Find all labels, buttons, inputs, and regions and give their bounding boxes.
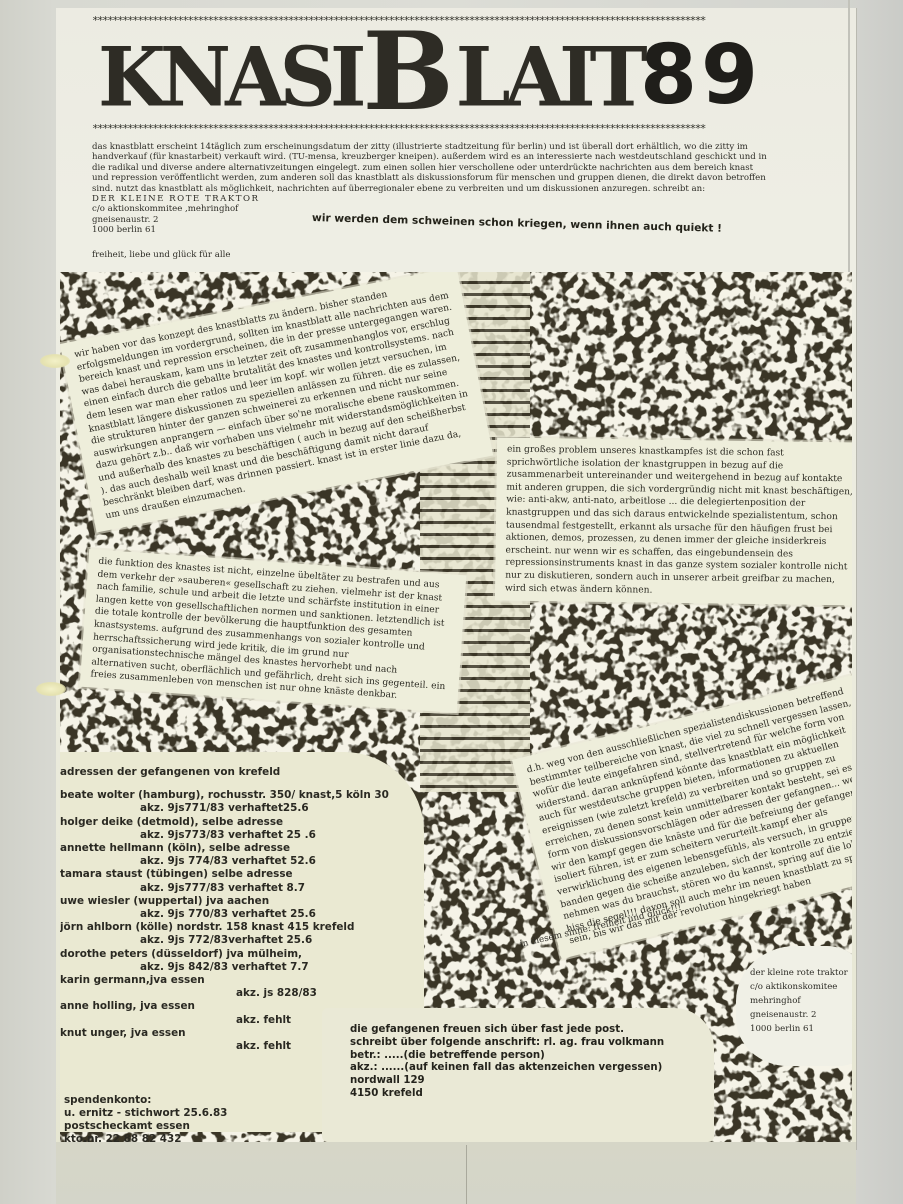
prisoner-name: dorothe peters (düsseldorf) jva mülheim, [60, 948, 440, 961]
donation-line: u. ernitz - stichwort 25.6.83 [64, 1107, 227, 1120]
logo-part-2: LAIT [456, 32, 642, 124]
article-text: ein großes problem unseres knastkampfes … [505, 444, 852, 600]
logo-barred-b: B [362, 22, 453, 122]
punch-hole [36, 682, 66, 696]
prisoner-name: karin germann,jva essen [60, 974, 440, 987]
contact-line: gneisenaustr. 2 [750, 1008, 848, 1022]
post-info: die gefangenen freuen sich über fast jed… [350, 1024, 730, 1101]
article-isolation: ein großes problem unseres knastkampfes … [495, 437, 852, 605]
post-line: 4150 krefeld [350, 1088, 730, 1101]
prisoner-akz: akz. 9js 772/83verhaftet 25.6 [60, 934, 440, 947]
prisoner-akz: akz. 9js 770/83 verhaftet 25.6 [60, 908, 440, 921]
prisoner-akz: akz. 9js771/83 verhaftet25.6 [60, 802, 440, 815]
star-rule-bottom: ****************************************… [92, 124, 772, 134]
contact-line: 1000 berlin 61 [750, 1022, 848, 1036]
masthead-logo: KNASI B LAIT [98, 22, 642, 122]
prisoner-name: tamara staust (tübingen) selbe adresse [60, 868, 440, 881]
collage: wir haben vor das konzept des knastblatt… [60, 272, 852, 1142]
post-line: betr.: .....(die betreffende person) [350, 1050, 730, 1063]
prisoner-name: beate wolter (hamburg), rochusstr. 350/ … [60, 789, 440, 802]
prisoner-akz: akz. js 828/83 [60, 987, 440, 1000]
donation-account: spendenkonto: u. ernitz - stichwort 25.6… [64, 1094, 227, 1142]
post-line: nordwall 129 [350, 1075, 730, 1088]
donation-line: spendenkonto: [64, 1094, 227, 1107]
post-line: die gefangenen freuen sich über fast jed… [350, 1024, 730, 1037]
contact-address: der kleine rote traktor c/o aktikonskomi… [750, 966, 848, 1036]
intro-address-line: DER KLEINE ROTE TRAKTOR [92, 194, 772, 204]
contact-line: c/o aktikonskomitee [750, 980, 848, 994]
contact-line: der kleine rote traktor [750, 966, 848, 980]
article-text: die funktion des knastes ist nicht, einz… [90, 556, 456, 707]
issue-number: 89 [640, 28, 762, 123]
prisoner-akz: akz. 9js 774/83 verhaftet 52.6 [60, 855, 440, 868]
punch-hole [40, 354, 70, 368]
intro-address-line: c/o aktionskommitee ,mehringhof [92, 204, 772, 214]
prisoner-name: holger deike (detmold), selbe adresse [60, 816, 440, 829]
contact-line: mehringhof [750, 994, 848, 1008]
greeting: freiheit, liebe und glück für alle [92, 250, 230, 260]
prisoner-name: uwe wiesler (wuppertal) jva aachen [60, 895, 440, 908]
addresses-title: adressen der gefangenen von krefeld [60, 766, 440, 779]
fold-line [466, 1145, 467, 1204]
intro-paragraph: das knastblatt erscheint 14täglich zum e… [92, 142, 772, 194]
prisoner-akz: akz. 9js 842/83 verhaftet 7.7 [60, 961, 440, 974]
post-line: schreibt über folgende anschrift: rl. ag… [350, 1037, 730, 1050]
donation-line: postscheckamt essen [64, 1120, 227, 1133]
donation-line: kto.nr. 22 88 82 432 [64, 1133, 227, 1142]
prisoner-akz: akz. 9js777/83 verhaftet 8.7 [60, 882, 440, 895]
prisoner-akz: akz. 9js773/83 verhaftet 25 .6 [60, 829, 440, 842]
article-funktion: die funktion des knastes ist nicht, einz… [80, 549, 467, 713]
sheet-bottom-fold [56, 1142, 856, 1204]
prisoner-name: jörn ahlborn (kölle) nordstr. 158 knast … [60, 921, 440, 934]
post-line: akz.: ......(auf keinen fall das aktenze… [350, 1062, 730, 1075]
logo-part-1: KNASI [98, 32, 360, 124]
prisoner-name: annette hellmann (köln), selbe adresse [60, 842, 440, 855]
